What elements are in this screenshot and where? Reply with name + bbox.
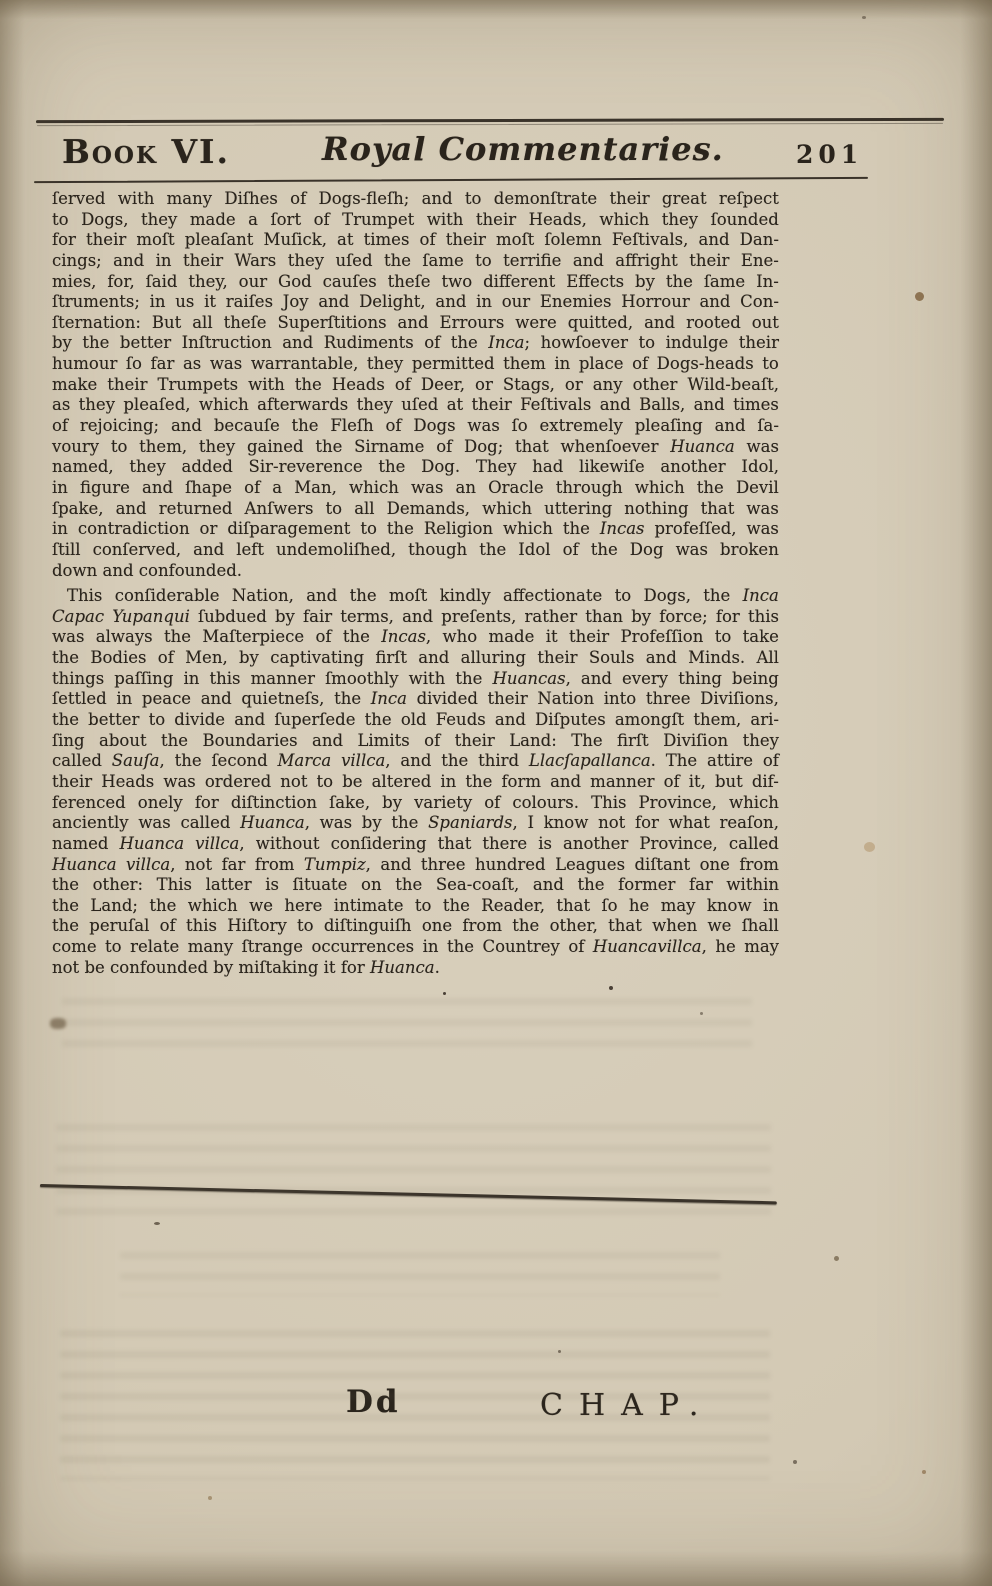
text-line: mies,for,ſaidthey,ourGodcauſestheſetwodi… xyxy=(52,272,779,293)
text-line: ſervedwithmanyDiſhesofDogs-fleſh;andtode… xyxy=(52,189,779,210)
text-line: incontradictionordiſparagementtotheRelig… xyxy=(52,519,779,540)
fox-spot xyxy=(864,842,875,852)
text-line: theperuſalofthisHiſtorytodiſtinguiſhonef… xyxy=(52,916,779,937)
smudge xyxy=(50,1018,66,1029)
text-line: ferencedonelyfordiſtinctionſake,byvariet… xyxy=(52,793,779,814)
header-rule-bottom xyxy=(34,177,868,183)
text-line: Huancavillca,notfarfromTumpiz,andthreehu… xyxy=(52,855,779,876)
show-through-band xyxy=(56,1124,771,1216)
ink-speck xyxy=(793,1460,797,1464)
running-title: Royal Commentaries. xyxy=(322,130,724,168)
text-line: calledSauſa,theſecondMarcavillca,andthet… xyxy=(52,751,779,772)
ink-speck xyxy=(443,992,446,995)
book-label: Book VI. xyxy=(62,132,230,171)
show-through-band xyxy=(62,998,752,1056)
text-line: named,theyaddedSir-reverencetheDog.Theyh… xyxy=(52,457,779,478)
ink-speck xyxy=(862,16,866,19)
paragraph: ThisconſiderableNation,andthemoſtkindlya… xyxy=(52,586,779,978)
text-line: ſtillconſerved,andleftundemoliſhed,thoug… xyxy=(52,540,779,561)
text-line: humourſofaraswaswarrantable,theypermitte… xyxy=(52,354,779,375)
section-divider-rule xyxy=(40,1184,777,1204)
text-line: ancientlywascalledHuanca,wasbytheSpaniar… xyxy=(52,813,779,834)
text-line: ſternation:ButalltheſeSuperſtitionsandEr… xyxy=(52,313,779,334)
text-line: theirHeadswasorderednottobealteredinthef… xyxy=(52,772,779,793)
text-line: theLand;thewhichwehereintimatetotheReade… xyxy=(52,896,779,917)
text-line: not be confounded by miſtaking it for Hu… xyxy=(52,958,779,979)
text-line: ſpake,andreturnedAnſwerstoallDemands,whi… xyxy=(52,499,779,520)
ink-speck xyxy=(609,986,613,990)
text-line: wasalwaystheMaſterpieceoftheIncas,whomad… xyxy=(52,627,779,648)
text-line: down and confounded. xyxy=(52,561,779,582)
text-line: cometorelatemanyſtrangeoccurrencesintheC… xyxy=(52,937,779,958)
text-line: ſettledinpeaceandquietneſs,theIncadivide… xyxy=(52,689,779,710)
text-line: toDogs,theymadeaſortofTrumpetwiththeirHe… xyxy=(52,210,779,231)
paragraph: ſervedwithmanyDiſhesofDogs-fleſh;andtode… xyxy=(52,189,779,581)
page-body-text: ſervedwithmanyDiſhesofDogs-fleſh;andtode… xyxy=(52,189,779,978)
ink-speck xyxy=(558,1350,561,1353)
fox-spot xyxy=(915,292,924,301)
text-line: ofrejoicing;andbecauſetheFleſhofDogswasſ… xyxy=(52,416,779,437)
text-line: namedHuancavillca,withoutconſideringthat… xyxy=(52,834,779,855)
text-line: theBodiesofMen,bycaptivatingfirſtandallu… xyxy=(52,648,779,669)
text-line: vourytothem,theygainedtheSirnameofDog;th… xyxy=(52,437,779,458)
ink-speck xyxy=(700,1012,703,1015)
text-line: fortheirmoſtpleaſantMuſick,attimesofthei… xyxy=(52,230,779,251)
text-line: ſtruments;inusitraiſesJoyandDelight,andi… xyxy=(52,292,779,313)
text-line: thebettertodivideandſuperſedetheoldFeuds… xyxy=(52,710,779,731)
fox-spot xyxy=(922,1470,926,1474)
text-line: cings;andintheirWarstheyuſedtheſametoter… xyxy=(52,251,779,272)
ink-speck xyxy=(154,1222,160,1225)
fox-spot xyxy=(208,1496,212,1500)
book-page: Book VI. Royal Commentaries. 201 ſervedw… xyxy=(0,0,992,1586)
text-line: CapacYupanquiſubduedbyfairterms,andpreſe… xyxy=(52,607,779,628)
fox-spot xyxy=(834,1256,839,1261)
text-line: ſingabouttheBoundariesandLimitsoftheirLa… xyxy=(52,731,779,752)
header-rule-top xyxy=(36,118,944,123)
text-line: astheypleaſed,whichafterwardstheyuſedatt… xyxy=(52,395,779,416)
text-line: maketheirTrumpetswiththeHeadsofDeer,orSt… xyxy=(52,375,779,396)
show-through-band xyxy=(120,1252,720,1296)
printer-signature: Dd xyxy=(346,1384,401,1420)
text-line: ThisconſiderableNation,andthemoſtkindlya… xyxy=(52,586,779,607)
text-line: infigureandſhapeofaMan,whichwasanOraclet… xyxy=(52,478,779,499)
text-line: theother:ThislatterisſituateontheSea-coa… xyxy=(52,875,779,896)
text-line: bythebetterInſtructionandRudimentsoftheI… xyxy=(52,333,779,354)
text-line: thingspaſſinginthismannerſmoothlywiththe… xyxy=(52,669,779,690)
catchword: CHAP. xyxy=(540,1388,714,1423)
page-number: 201 xyxy=(796,140,863,169)
